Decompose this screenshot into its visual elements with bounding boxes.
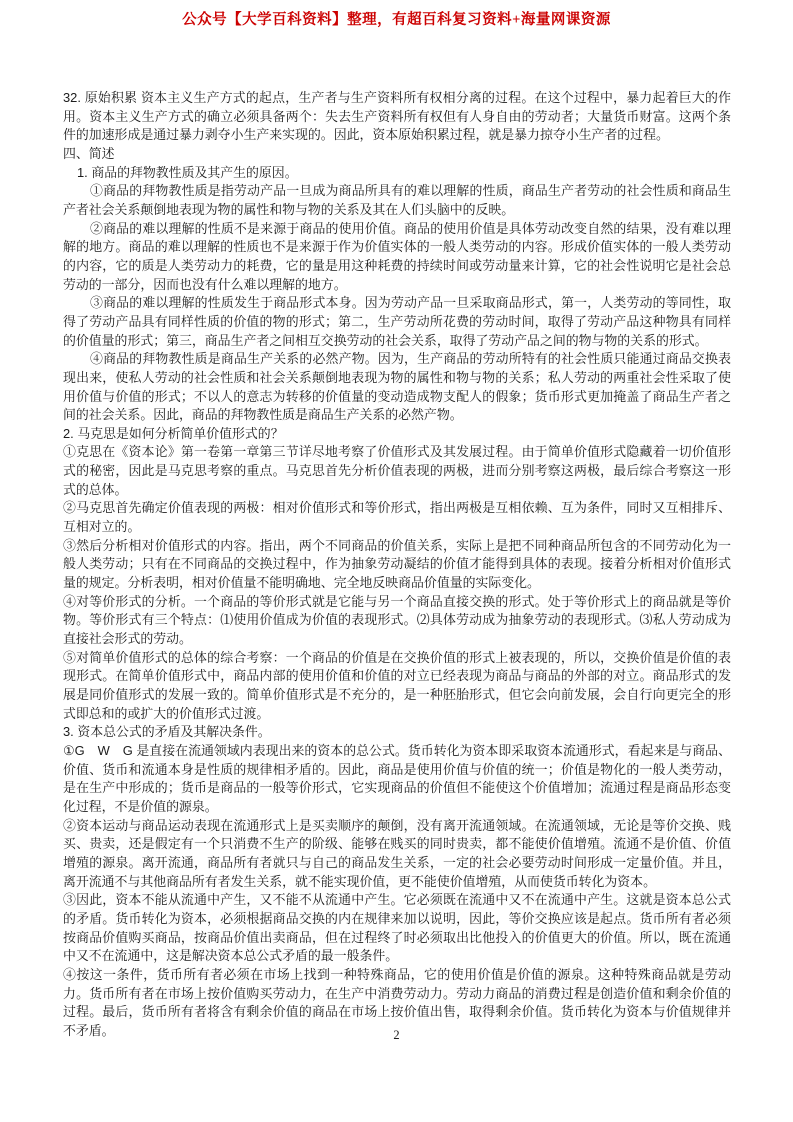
paragraph: ④商品的拜物教性质是商品生产关系的必然产物。因为，生产商品的劳动所特有的社会性质… — [63, 350, 731, 425]
paragraph: ①克思在《资本论》第一卷第一章第三节详尽地考察了价值形式及其发展过程。由于简单价… — [63, 443, 731, 499]
paragraph: ②资本运动与商品运动表现在流通形式上是买卖顺序的颠倒，没有离开流通领域。在流通领… — [63, 817, 731, 892]
paragraph: ③因此，资本不能从流通中产生，又不能不从流通中产生。它必须既在流通中又不在流通中… — [63, 891, 731, 966]
page-number: 2 — [0, 1028, 793, 1043]
header-note: 公众号【大学百科资料】整理，有超百科复习资料+海量网课资源 — [0, 8, 793, 29]
paragraph: ②商品的难以理解的性质不是来源于商品的使用价值。商品的使用价值是具体劳动改变自然… — [63, 220, 731, 295]
paragraph: 32. 原始积累 资本主义生产方式的起点，生产者与生产资料所有权相分离的过程。在… — [63, 89, 731, 145]
paragraph: ①商品的拜物教性质是指劳动产品一旦成为商品所具有的难以理解的性质，商品生产者劳动… — [63, 182, 731, 219]
paragraph: ①G W G 是直接在流通领域内表现出来的资本的总公式。货币转化为资本即采取资本… — [63, 742, 731, 817]
paragraph: ③然后分析相对价值形式的内容。指出，两个不同商品的价值关系，实际上是把不同种商品… — [63, 537, 731, 593]
paragraph: ④对等价形式的分析。一个商品的等价形式就是它能与另一个商品直接交换的形式。处于等… — [63, 593, 731, 649]
paragraph: 2. 马克思是如何分析简单价值形式的？ — [63, 425, 731, 444]
document-body: 32. 原始积累 资本主义生产方式的起点，生产者与生产资料所有权相分离的过程。在… — [63, 89, 731, 1040]
paragraph: ③商品的难以理解的性质发生于商品形式本身。因为劳动产品一旦采取商品形式，第一，人… — [63, 294, 731, 350]
paragraph: ⑤对简单价值形式的总体的综合考察：一个商品的价值是在交换价值的形式上被表现的，所… — [63, 649, 731, 724]
paragraph: ②马克思首先确定价值表现的两极：相对价值形式和等价形式，指出两极是互相依赖、互为… — [63, 499, 731, 536]
paragraph: 3. 资本总公式的矛盾及其解决条件。 — [63, 723, 731, 742]
paragraph: 四、简述 — [63, 145, 731, 164]
document-page: 公众号【大学百科资料】整理，有超百科复习资料+海量网课资源 32. 原始积累 资… — [0, 0, 793, 1122]
paragraph: 1. 商品的拜物教性质及其产生的原因。 — [63, 164, 731, 183]
